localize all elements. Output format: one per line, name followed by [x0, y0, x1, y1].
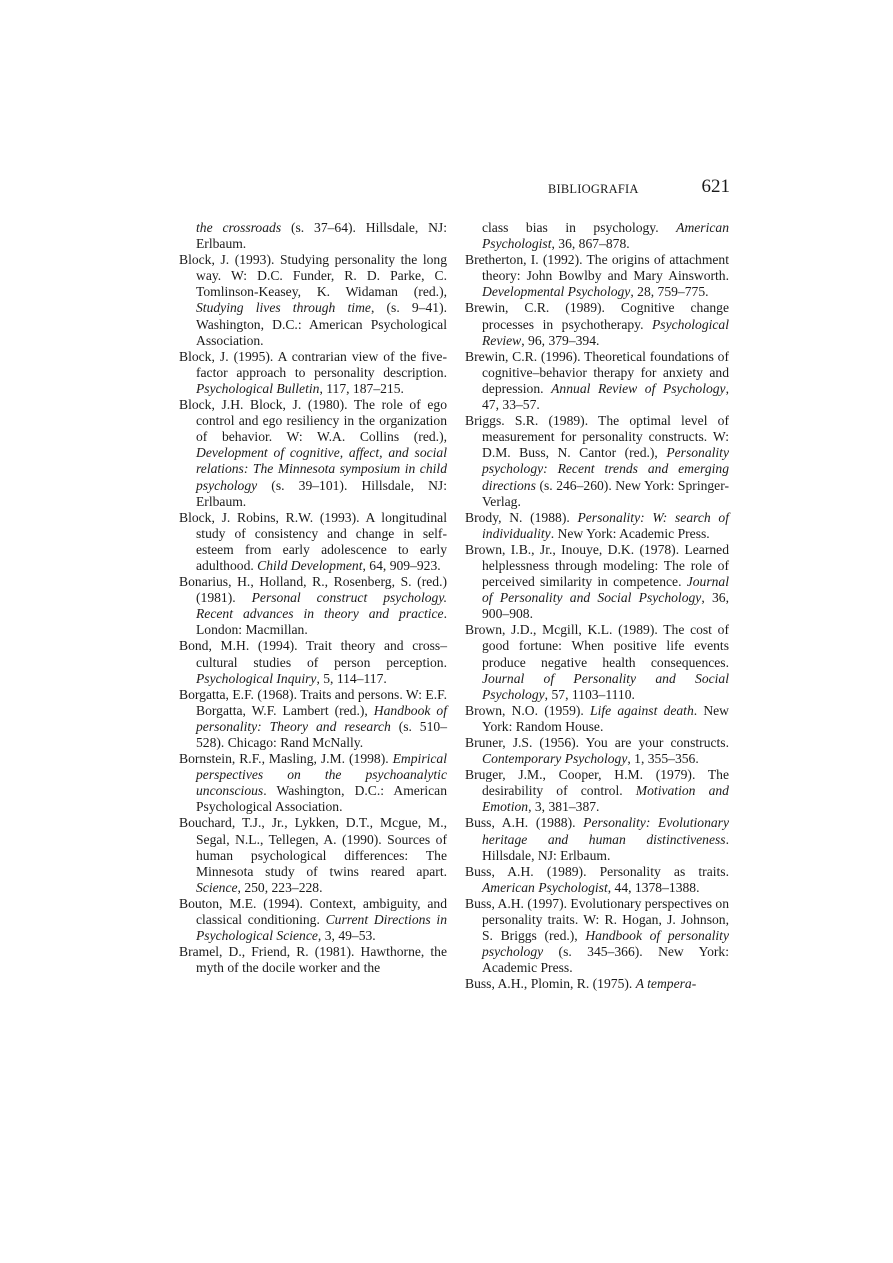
entry-text: Block, J.H. Block, J. (1980). The role o… [179, 397, 447, 444]
bibliography-column-left: the crossroads (s. 37–64). Hillsdale, NJ… [179, 220, 447, 976]
bibliography-entry: Bonarius, H., Holland, R., Rosenberg, S.… [179, 574, 447, 638]
page-number: 621 [702, 176, 731, 198]
entry-text: , 36, 867–878. [551, 236, 629, 251]
entry-text: Bond, M.H. (1994). Trait theory and cros… [179, 638, 447, 669]
entry-text: Brown, J.D., Mcgill, K.L. (1989). The co… [465, 622, 729, 669]
entry-title-italic: A tempera- [636, 976, 697, 991]
bibliography-entry: Buss, A.H. (1989). Personality as traits… [465, 864, 729, 896]
entry-text: Brown, N.O. (1959). [465, 703, 590, 718]
bibliography-entry: Bruger, J.M., Cooper, H.M. (1979). The d… [465, 767, 729, 815]
bibliography-entry: Bramel, D., Friend, R. (1981). Hawthorne… [179, 944, 447, 976]
bibliography-entry: Block, J. (1993). Studying personality t… [179, 252, 447, 349]
bibliography-entry: Buss, A.H., Plomin, R. (1975). A tempera… [465, 976, 729, 992]
entry-title-italic: Psychological Inquiry [196, 671, 316, 686]
entry-text: Bruner, J.S. (1956). You are your constr… [465, 735, 729, 750]
bibliography-entry: Briggs. S.R. (1989). The optimal level o… [465, 413, 729, 510]
entry-text: , 5, 114–117. [316, 671, 386, 686]
entry-text: class bias in psychology. [482, 220, 676, 235]
entry-text: Buss, A.H. (1989). Personality as traits… [465, 864, 729, 879]
entry-text: Bramel, D., Friend, R. (1981). Hawthorne… [179, 944, 447, 975]
bibliography-entry: Brown, J.D., Mcgill, K.L. (1989). The co… [465, 622, 729, 702]
entry-text: , 250, 223–228. [238, 880, 323, 895]
entry-text: , 117, 187–215. [319, 381, 403, 396]
bibliography-entry-continued: class bias in psychology. American Psych… [465, 220, 729, 252]
bibliography-entry: Bretherton, I. (1992). The origins of at… [465, 252, 729, 300]
running-title: BIBLIOGRAFIA [548, 182, 639, 197]
bibliography-column-right: class bias in psychology. American Psych… [465, 220, 729, 993]
bibliography-entry: Block, J.H. Block, J. (1980). The role o… [179, 397, 447, 510]
entry-text: , 28, 759–775. [630, 284, 708, 299]
entry-text: Buss, A.H., Plomin, R. (1975). [465, 976, 636, 991]
bibliography-entry: Bornstein, R.F., Masling, J.M. (1998). E… [179, 751, 447, 815]
entry-text: . New York: Academic Press. [551, 526, 710, 541]
entry-title-italic: Psychological Bulletin [196, 381, 319, 396]
entry-text: Block, J. (1995). A contrarian view of t… [179, 349, 447, 380]
entry-title-italic: Science [196, 880, 238, 895]
entry-text: Bouchard, T.J., Jr., Lykken, D.T., Mcgue… [179, 815, 447, 878]
bibliography-entry: Block, J. Robins, R.W. (1993). A longitu… [179, 510, 447, 574]
entry-text: , 96, 379–394. [521, 333, 599, 348]
bibliography-entry: Buss, A.H. (1997). Evolutionary perspect… [465, 896, 729, 976]
bibliography-entry: Brody, N. (1988). Personality: W: search… [465, 510, 729, 542]
entry-text: Brody, N. (1988). [465, 510, 577, 525]
entry-text: , 44, 1378–1388. [608, 880, 700, 895]
bibliography-entry: Brewin, C.R. (1996). Theoretical foundat… [465, 349, 729, 413]
entry-text: Buss, A.H. (1988). [465, 815, 583, 830]
bibliography-entry: Brown, I.B., Jr., Inouye, D.K. (1978). L… [465, 542, 729, 622]
entry-text: Block, J. (1993). Studying personality t… [179, 252, 447, 299]
entry-title-italic: the crossroads [196, 220, 281, 235]
entry-text: , 57, 1103–1110. [545, 687, 635, 702]
bibliography-entry: Block, J. (1995). A contrarian view of t… [179, 349, 447, 397]
entry-title-italic: Developmental Psychology [482, 284, 630, 299]
bibliography-entry: Bruner, J.S. (1956). You are your constr… [465, 735, 729, 767]
entry-text: , 64, 909–923. [363, 558, 441, 573]
entry-title-italic: American Psychologist [482, 880, 608, 895]
entry-text: , 1, 355–356. [627, 751, 698, 766]
bibliography-entry: Borgatta, E.F. (1968). Traits and person… [179, 687, 447, 751]
entry-title-italic: Contemporary Psychology [482, 751, 627, 766]
entry-text: Bretherton, I. (1992). The origins of at… [465, 252, 729, 283]
bibliography-entry: Bond, M.H. (1994). Trait theory and cros… [179, 638, 447, 686]
entry-text: Bornstein, R.F., Masling, J.M. (1998). [179, 751, 393, 766]
bibliography-entry: Buss, A.H. (1988). Personality: Evolutio… [465, 815, 729, 863]
bibliography-entry: Bouchard, T.J., Jr., Lykken, D.T., Mcgue… [179, 815, 447, 895]
entry-text: , 3, 49–53. [318, 928, 376, 943]
entry-title-italic: Studying lives through time [196, 300, 371, 315]
bibliography-entry-continued: the crossroads (s. 37–64). Hillsdale, NJ… [179, 220, 447, 252]
entry-title-italic: Child Development [257, 558, 362, 573]
entry-title-italic: Life against death [590, 703, 694, 718]
bibliography-entry: Bouton, M.E. (1994). Context, ambiguity,… [179, 896, 447, 944]
entry-title-italic: Annual Review of Psychology [551, 381, 725, 396]
bibliography-entry: Brown, N.O. (1959). Life against death. … [465, 703, 729, 735]
page-header: BIBLIOGRAFIA 621 [540, 174, 730, 204]
entry-text: , 3, 381–387. [528, 799, 599, 814]
bibliography-entry: Brewin, C.R. (1989). Cognitive change pr… [465, 300, 729, 348]
